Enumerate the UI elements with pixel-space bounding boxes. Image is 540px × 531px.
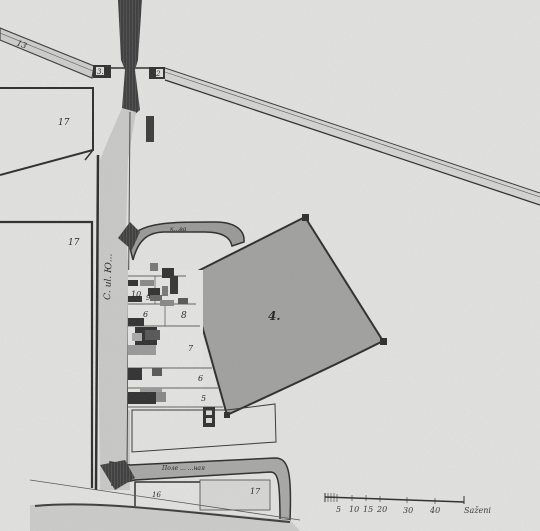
paper-grain bbox=[0, 0, 540, 531]
historical-map: 13 3. 2 С. ul. Ю... 17 17 bbox=[0, 0, 540, 531]
